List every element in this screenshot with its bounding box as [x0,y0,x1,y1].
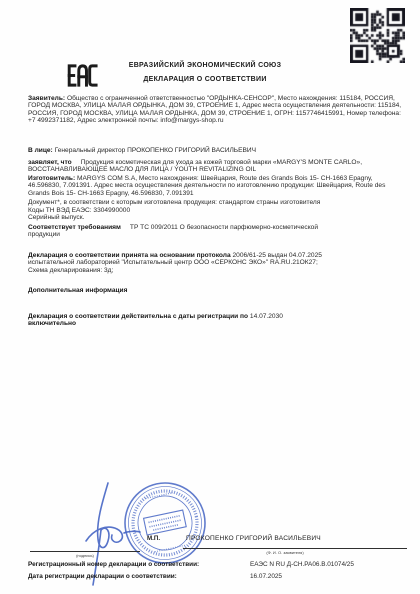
compliance-label: Соответствует требованиям [28,224,121,231]
name-caption: (Ф. И. О. заявителя) [220,550,350,555]
additional-info-heading: Дополнительная информация [28,287,406,294]
union-title: ЕВРАЗИЙСКИЙ ЭКОНОМИЧЕСКИЙ СОЮЗ [90,62,320,69]
qr-code [350,8,405,63]
compliance-paragraph: Соответствует требованиямТР ТС 009/2011 … [28,224,406,239]
registration-number-label: Регистрационный номер декларации о соотв… [28,561,199,568]
standard-doc-line: Документ*, в соответствии с которым изго… [28,199,406,206]
applicant-label: Заявитель: [28,95,65,102]
basis-paragraph: Декларация о соответствии принята на осн… [28,252,406,274]
registration-date-label: Дата регистрации декларации о соответств… [28,573,177,580]
manufacturer-label: Изготовитель: [28,175,75,182]
person-text: Генеральный директор ПРОКОПЕНКО ГРИГОРИЙ… [55,147,256,154]
basis-scheme: Схема декларирования: 3д; [28,267,113,274]
compliance-line1: ТР ТС 009/2011 О безопасности парфюмерно… [130,224,318,231]
stamp-place-label: М.П. [147,535,160,542]
serial-line: Серийный выпуск. [28,214,406,221]
product-text: Продукция косметическая для ухода за кож… [28,159,362,173]
manufacturer-paragraph: Изготовитель: MARGYS COM S.A, Место нахо… [28,175,406,197]
document-title: ДЕКЛАРАЦИЯ О СООТВЕТСТВИИ [90,76,320,83]
applicant-text: Общество с ограниченной ответственностью… [28,95,401,124]
basis-lab: испытательной лабораторией "Испытательны… [28,259,318,266]
signature-caption: (подпись) [30,553,140,558]
declares-label: заявляет, что [28,159,72,166]
validity-paragraph: Декларация о соответствии действительна … [28,313,406,328]
declaration-document: ЕВРАЗИЙСКИЙ ЭКОНОМИЧЕСКИЙ СОЮЗ ДЕКЛАРАЦИ… [0,0,420,594]
compliance-line2: продукции [28,231,60,238]
validity-suffix: включительно [28,320,76,327]
validity-date: 14.07.2030 [250,313,283,320]
validity-label: Декларация о соответствии действительна … [28,313,248,320]
declares-paragraph: заявляет, чтоПродукция косметическая для… [28,159,406,174]
registration-number-value: ЕАЭС N RU Д-CH.РА06.В.01074/25 [250,561,354,568]
basis-label: Декларация о соответствии принята на осн… [28,252,231,259]
basis-protocol: 2006/61-25 выдан 04.07.2025 [233,252,322,259]
registration-date-value: 16.07.2025 [250,573,282,580]
applicant-paragraph: Заявитель: Общество с ограниченной ответ… [28,95,406,124]
tnved-line: Коды ТН ВЭД ЕАЭС: 3304990000 [28,207,406,214]
person-paragraph: В лице: Генеральный директор ПРОКОПЕНКО … [28,147,406,154]
person-label: В лице: [28,147,53,154]
manufacturer-text: MARGYS COM S.A, Место нахождения: Швейца… [28,175,385,197]
declarant-name: ПРОКОПЕНКО ГРИГОРИЙ ВАСИЛЬЕВИЧ [186,535,321,542]
